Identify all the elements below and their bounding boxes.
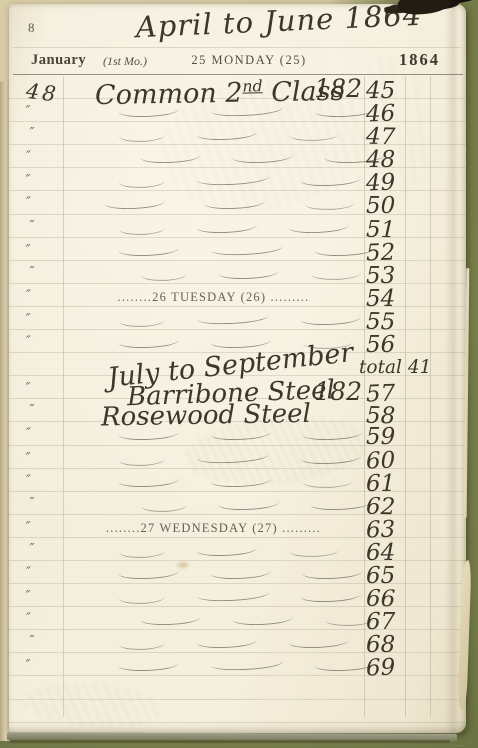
dash-stroke — [303, 432, 363, 441]
ledger-row: 48 Common 2nd Class Common 2 182 45 — [9, 76, 466, 99]
line-number: 61 — [366, 473, 395, 496]
dash-stroke — [197, 454, 269, 464]
ledger-row: ″ 67 — [9, 607, 466, 630]
ledger-row: ″ ........26 TUESDAY (26) ......... ....… — [9, 284, 466, 307]
margin-mark: ″ — [8, 170, 63, 190]
margin-mark: ″ — [8, 239, 63, 259]
line-number: 45 — [366, 80, 395, 103]
row-main-area — [63, 607, 364, 629]
line-number: 52 — [366, 241, 396, 265]
row-main-area — [63, 261, 364, 283]
margin-mark — [12, 354, 66, 361]
line-number: 51 — [366, 218, 396, 242]
printed-day-heading: ........26 TUESDAY (26) ......... — [63, 284, 364, 305]
ledger-row: ″ 61 — [9, 469, 466, 492]
margin-mark: ″ — [9, 426, 63, 441]
margin-mark: ″ — [8, 101, 63, 121]
ditto-dashes — [63, 307, 364, 325]
ditto-dashes — [63, 122, 364, 140]
page-number: 8 — [28, 20, 35, 36]
margin-mark: ″ — [11, 216, 66, 237]
ditto-dashes — [63, 145, 364, 163]
row-main-area — [63, 446, 364, 468]
margin-mark: ″ — [9, 195, 63, 210]
dash-stroke — [219, 270, 279, 279]
ledger-row: ″ 53 — [9, 261, 466, 284]
dash-stroke — [141, 272, 187, 281]
dash-stroke — [301, 178, 361, 187]
dash-stroke — [311, 501, 371, 510]
margin-mark: ″ — [11, 539, 66, 560]
margin-mark: ″ — [9, 611, 63, 626]
ledger-row — [9, 700, 466, 723]
ditto-dashes — [63, 584, 364, 602]
row-main-area — [63, 307, 364, 329]
amount-value: 182 — [314, 76, 362, 101]
line-number: 64 — [366, 542, 395, 565]
ledger-row: ″ 68 — [9, 630, 466, 653]
dash-stroke — [119, 319, 165, 328]
margin-mark: ″ — [8, 378, 63, 398]
line-number: 60 — [366, 449, 396, 473]
ledger-row: ″ 64 — [9, 538, 466, 561]
month-label: January — [31, 52, 86, 69]
dash-stroke — [119, 596, 165, 605]
ditto-dashes — [63, 630, 364, 648]
ditto-dashes — [63, 653, 364, 671]
dash-stroke — [289, 640, 349, 649]
ditto-dashes — [63, 215, 364, 233]
ledger-row: ″ 50 — [9, 191, 466, 214]
row-main-area — [63, 492, 364, 514]
ditto-dashes — [63, 607, 364, 625]
dash-stroke — [303, 571, 363, 580]
row-main-area — [63, 538, 364, 560]
ditto-dashes — [63, 238, 364, 256]
row-main-area — [63, 122, 364, 144]
ledger-row: ″ 55 — [9, 307, 466, 330]
dash-stroke — [119, 478, 179, 487]
margin-mark: ″ — [11, 262, 66, 283]
ledger-row: ″ 62 — [9, 492, 466, 515]
dash-stroke — [289, 133, 339, 142]
header-rule — [13, 74, 463, 75]
printed-day-heading: ........27 WEDNESDAY (27) ......... — [63, 515, 364, 536]
dash-stroke — [211, 432, 271, 441]
line-number: 53 — [366, 265, 395, 288]
dash-stroke — [197, 592, 269, 602]
dash-stroke — [303, 479, 353, 488]
dash-stroke — [219, 501, 279, 510]
row-main-area — [63, 215, 364, 237]
ditto-dashes — [63, 168, 364, 186]
margin-mark: ″ — [11, 493, 66, 514]
row-main-area: July to September July to September — [63, 353, 364, 375]
ditto-dashes — [63, 561, 364, 579]
row-main-area: ........26 TUESDAY (26) ......... ......… — [63, 284, 364, 306]
handwritten-title: April to June 1864 — [113, 0, 444, 45]
dash-stroke — [119, 457, 165, 466]
ledger-row — [9, 676, 466, 699]
dash-stroke — [119, 134, 165, 143]
margin-mark: ″ — [9, 334, 63, 349]
ledger-row: ″ 48 — [9, 145, 466, 168]
dash-stroke — [197, 315, 269, 325]
dash-stroke — [197, 224, 257, 233]
amount-value: 182 — [314, 379, 362, 404]
margin-mark: ″ — [8, 309, 63, 329]
line-number: total 41 — [359, 359, 431, 378]
margin-mark: ″ — [8, 655, 63, 675]
dash-stroke — [141, 503, 187, 512]
ledger-row: ″ Barribone Steel Barribone Steel 182 57 — [9, 376, 466, 399]
dash-stroke — [289, 548, 339, 557]
dash-stroke — [119, 180, 165, 189]
line-number: 56 — [366, 334, 395, 357]
dash-stroke — [197, 132, 257, 141]
ledger-row: July to September July to September tota… — [9, 353, 466, 376]
line-number: 50 — [366, 195, 395, 218]
margin-mark: ″ — [9, 565, 63, 580]
dash-stroke — [211, 246, 283, 256]
row-main-area — [63, 168, 364, 190]
dash-stroke — [301, 317, 361, 326]
line-number: 66 — [366, 588, 396, 612]
line-number: 69 — [366, 657, 396, 681]
dash-stroke — [197, 177, 269, 187]
row-main-area: ........27 WEDNESDAY (27) ......... ....… — [63, 515, 364, 537]
ditto-dashes — [63, 469, 364, 487]
handwritten-entry: Rosewood Steel — [101, 400, 311, 430]
margin-mark: ″ — [8, 516, 63, 536]
ledger-row: ″ 69 — [9, 653, 466, 676]
printed-header: January (1st Mo.) 25 MONDAY (25) 1864 — [9, 49, 466, 73]
dash-stroke — [119, 642, 165, 651]
ditto-dashes — [63, 538, 364, 556]
ledger-row: ″ 60 — [9, 446, 466, 469]
margin-mark: ″ — [11, 123, 66, 144]
row-main-area — [63, 630, 364, 652]
dash-stroke — [197, 548, 257, 557]
diary-page: 8 April to June 1864 January (1st Mo.) 2… — [9, 4, 466, 733]
line-number: 55 — [366, 311, 396, 335]
margin-mark: ″ — [8, 586, 63, 606]
diary-photo: 8 April to June 1864 January (1st Mo.) 2… — [0, 0, 478, 748]
margin-mark: ″ — [9, 288, 63, 303]
ledger-row: ″ ........27 WEDNESDAY (27) ......... ..… — [9, 515, 466, 538]
dash-stroke — [119, 549, 165, 558]
line-number: 49 — [366, 172, 396, 196]
ledger-row: ″ 52 — [9, 238, 466, 261]
ditto-dashes — [63, 261, 364, 279]
dash-stroke — [119, 247, 179, 256]
dash-stroke — [211, 478, 271, 487]
ledger-row: ″ 47 — [9, 122, 466, 145]
ledger-row: ″ 65 — [9, 561, 466, 584]
ditto-dashes — [63, 492, 364, 510]
dash-stroke — [119, 571, 179, 580]
handwritten-entry: Common 2nd Class — [95, 77, 345, 109]
margin-mark: ″ — [11, 631, 66, 652]
ledger-rows: 48 Common 2nd Class Common 2 182 45 ″ — [9, 76, 466, 717]
dash-stroke — [119, 340, 179, 349]
ledger-row: ″ 51 — [9, 215, 466, 238]
day-heading: 25 MONDAY (25) — [99, 53, 399, 68]
dash-stroke — [205, 201, 265, 210]
row-main-area: Common 2nd Class Common 2 182 — [63, 76, 364, 98]
dash-stroke — [301, 594, 361, 603]
margin-mark — [12, 678, 66, 685]
line-number: 63 — [366, 518, 396, 542]
line-number: 62 — [366, 495, 396, 519]
dash-stroke — [141, 155, 201, 164]
dash-stroke — [311, 271, 361, 280]
row-main-area — [63, 653, 364, 675]
line-number: 59 — [366, 426, 395, 449]
row-main-area — [63, 676, 364, 698]
margin-mark — [9, 724, 63, 729]
row-main-area — [63, 191, 364, 213]
line-number: 47 — [366, 126, 396, 150]
margin-mark: ″ — [11, 400, 66, 421]
dash-stroke — [119, 226, 165, 235]
dash-stroke — [305, 202, 355, 211]
row-main-area — [63, 238, 364, 260]
row-main-area — [63, 584, 364, 606]
dash-stroke — [233, 155, 293, 164]
ditto-dashes — [63, 446, 364, 464]
ledger-row: ″ 66 — [9, 584, 466, 607]
header-top-rule — [13, 47, 461, 48]
dash-stroke — [301, 455, 361, 464]
ledger-row: ″ Rosewood Steel Rosewood Steel 58 — [9, 399, 466, 422]
row-main-area — [63, 700, 364, 722]
row-main-area — [63, 469, 364, 491]
dash-stroke — [119, 663, 179, 672]
line-number: 54 — [366, 288, 395, 311]
year-label: 1864 — [399, 50, 440, 70]
dash-stroke — [197, 640, 257, 649]
line-number: 67 — [366, 611, 395, 634]
row-main-area — [63, 145, 364, 167]
ledger-row: ″ 49 — [9, 168, 466, 191]
row-main-area — [63, 561, 364, 583]
page-bottom-shadow — [10, 740, 450, 743]
dash-stroke — [105, 201, 165, 210]
dash-stroke — [211, 571, 271, 580]
dash-stroke — [233, 617, 293, 626]
dash-stroke — [119, 432, 179, 441]
line-number: 65 — [366, 565, 395, 588]
margin-mark: ″ — [8, 447, 63, 467]
margin-mark: ″ — [9, 149, 63, 164]
dash-stroke — [289, 224, 349, 233]
ditto-dashes — [63, 191, 364, 209]
margin-mark: ″ — [9, 473, 63, 488]
dash-stroke — [211, 662, 283, 672]
dash-stroke — [141, 617, 201, 626]
